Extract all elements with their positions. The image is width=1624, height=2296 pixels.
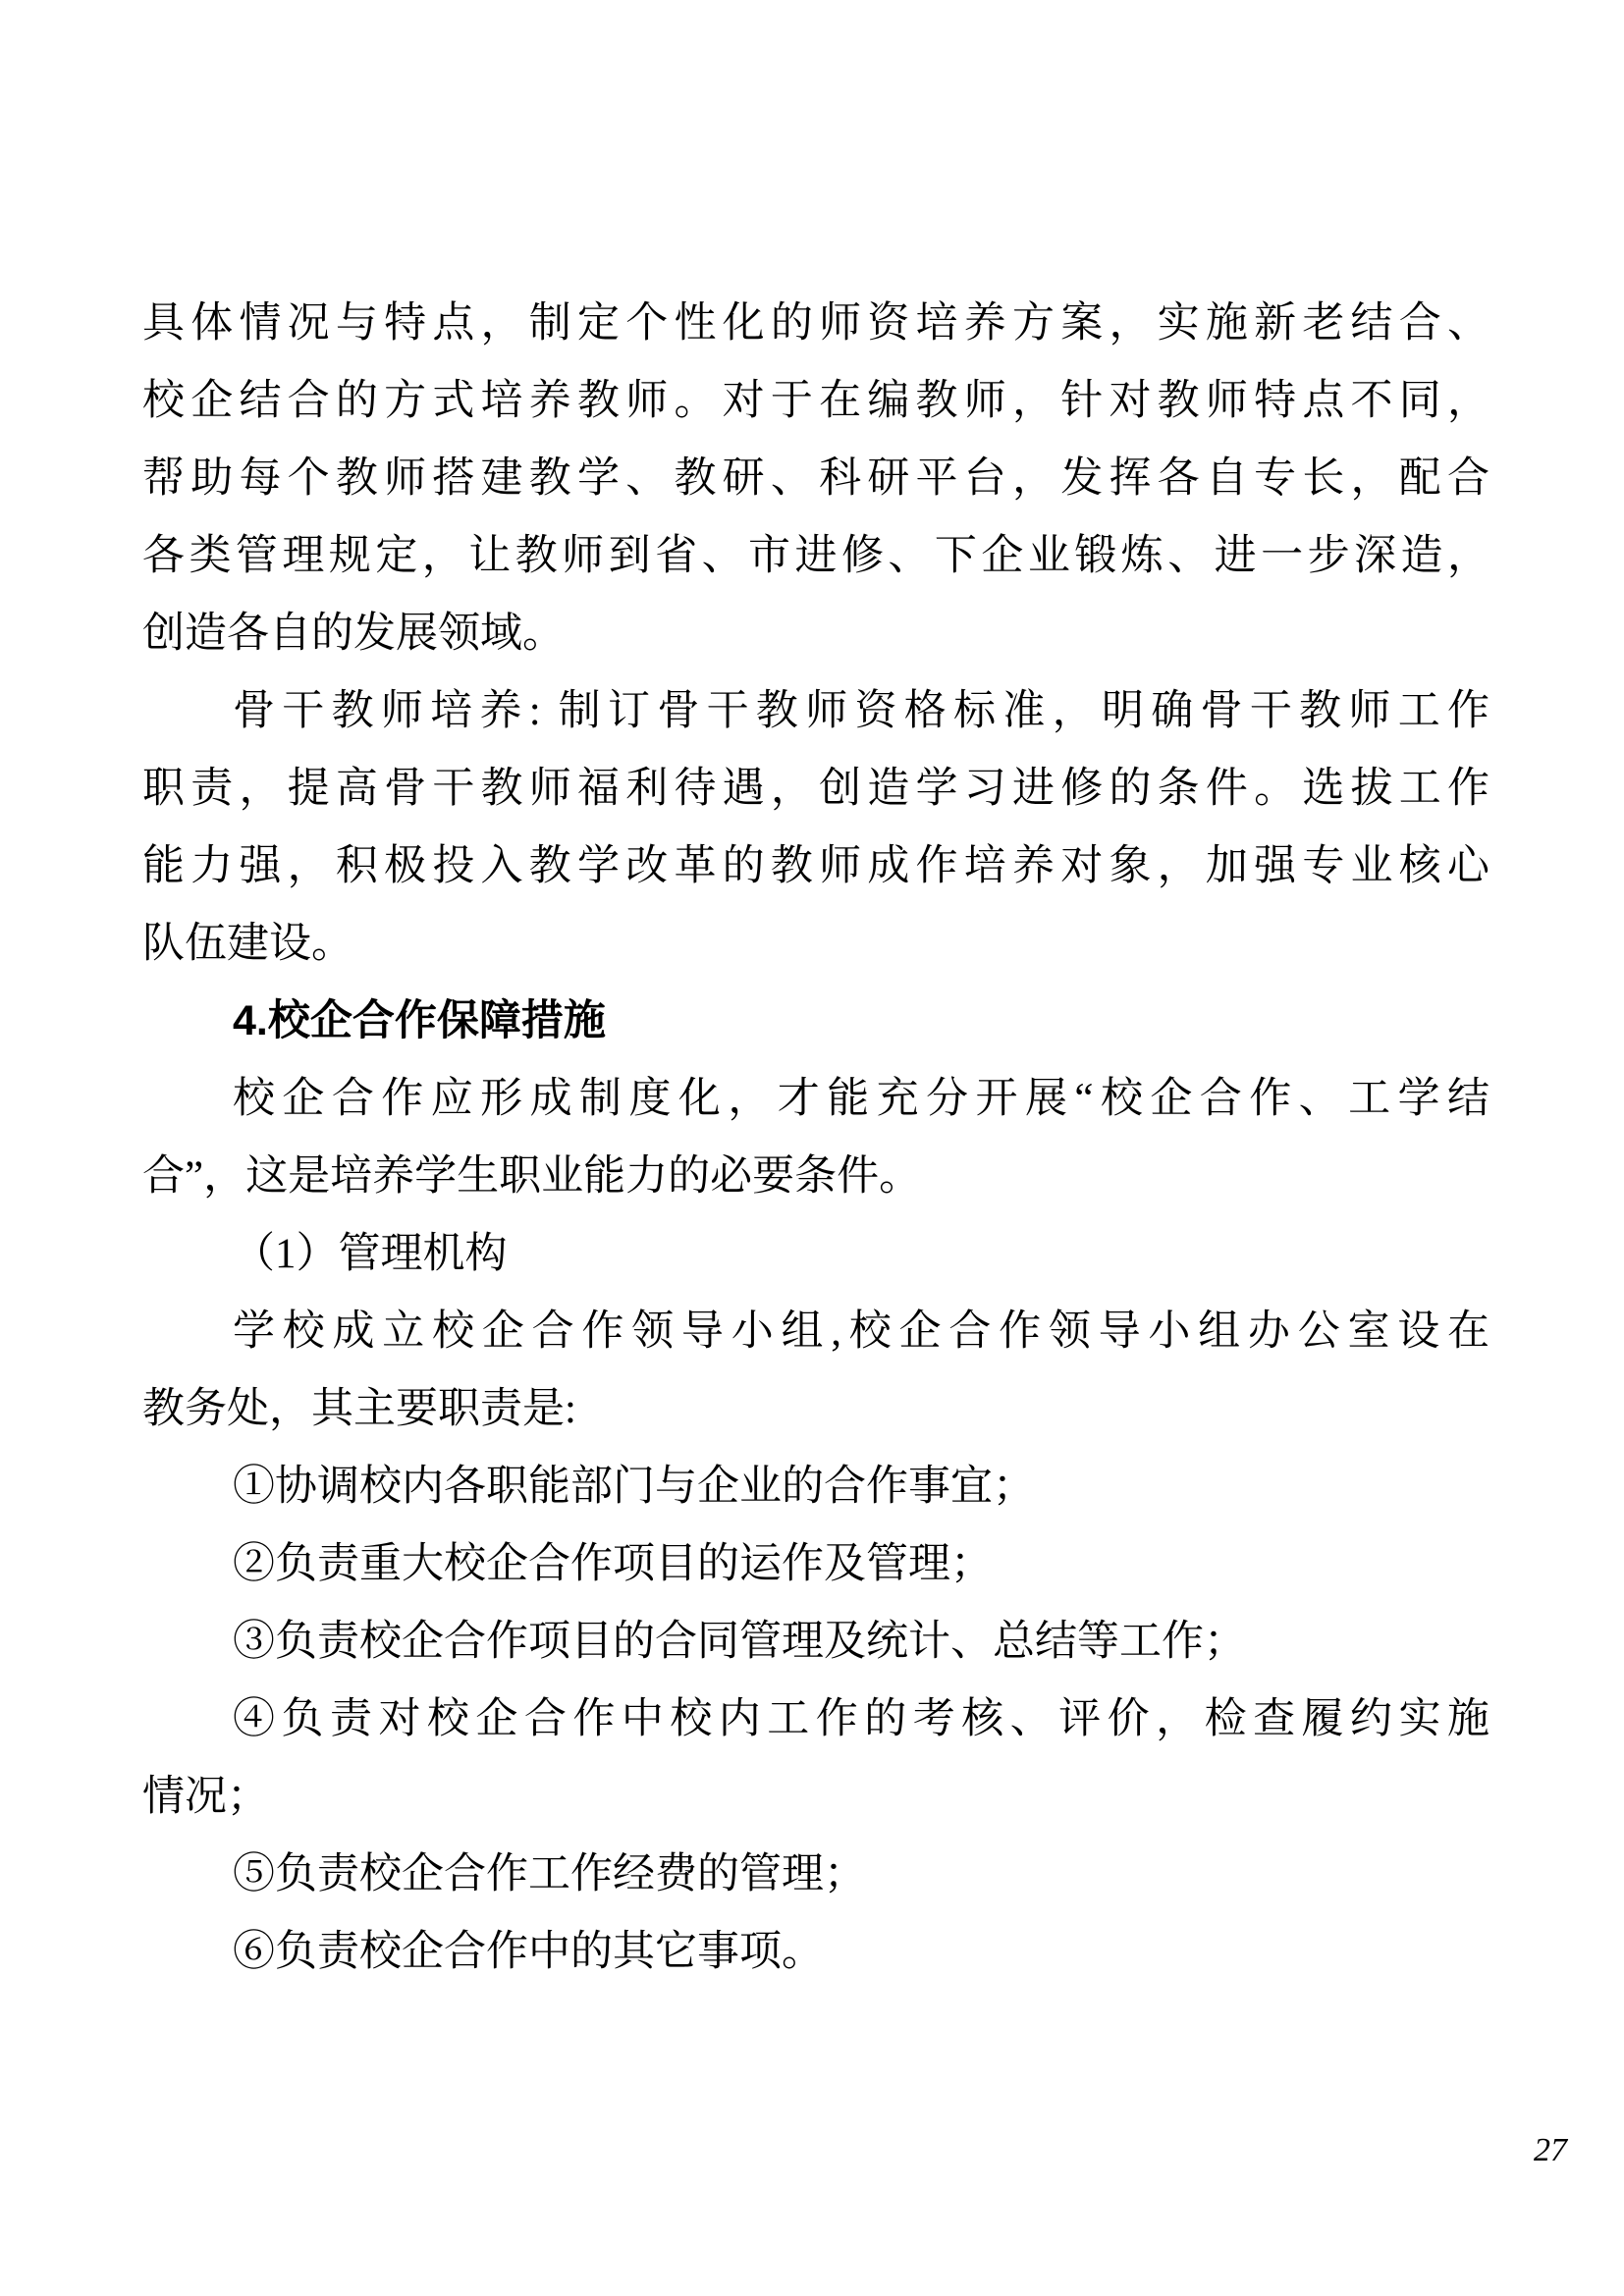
text-line: ①协调校内各职能部门与企业的合作事宜； xyxy=(142,1448,1489,1525)
text-line: 队伍建设。 xyxy=(142,905,1489,983)
text-line: （1）管理机构 xyxy=(142,1215,1489,1293)
text-line: 能力强，积极投入教学改革的教师成作培养对象，加强专业核心 xyxy=(142,828,1489,905)
text-line: 情况； xyxy=(142,1758,1489,1836)
text-line: ②负责重大校企合作项目的运作及管理； xyxy=(142,1525,1489,1603)
text-line: 校企结合的方式培养教师。对于在编教师，针对教师特点不同， xyxy=(142,362,1489,440)
text-line: 教务处，其主要职责是: xyxy=(142,1370,1489,1448)
text-line: ⑤负责校企合作工作经费的管理； xyxy=(142,1836,1489,1913)
text-line: 帮助每个教师搭建教学、教研、科研平台，发挥各自专长，配合 xyxy=(142,440,1489,517)
text-line: 具体情况与特点，制定个性化的师资培养方案，实施新老结合、 xyxy=(142,285,1489,362)
text-line: ④负责对校企合作中校内工作的考核、评价，检查履约实施 xyxy=(142,1681,1489,1758)
document-body: 具体情况与特点，制定个性化的师资培养方案，实施新老结合、校企结合的方式培养教师。… xyxy=(142,285,1489,1991)
text-line: 校企合作应形成制度化，才能充分开展“校企合作、工学结 xyxy=(142,1060,1489,1138)
document-page: 具体情况与特点，制定个性化的师资培养方案，实施新老结合、校企结合的方式培养教师。… xyxy=(0,0,1624,2296)
text-line: 职责，提高骨干教师福利待遇，创造学习进修的条件。选拔工作 xyxy=(142,750,1489,828)
text-line: ⑥负责校企合作中的其它事项。 xyxy=(142,1913,1489,1991)
text-line: 各类管理规定，让教师到省、市进修、下企业锻炼、进一步深造， xyxy=(142,517,1489,595)
section-heading: 4.校企合作保障措施 xyxy=(142,983,1489,1060)
page-number: 27 xyxy=(1534,2132,1567,2169)
text-line: ③负责校企合作项目的合同管理及统计、总结等工作； xyxy=(142,1603,1489,1681)
text-line: 学校成立校企合作领导小组,校企合作领导小组办公室设在 xyxy=(142,1293,1489,1370)
text-line: 创造各自的发展领域。 xyxy=(142,595,1489,672)
text-line: 骨干教师培养: 制订骨干教师资格标准，明确骨干教师工作 xyxy=(142,672,1489,750)
text-line: 合”，这是培养学生职业能力的必要条件。 xyxy=(142,1138,1489,1215)
